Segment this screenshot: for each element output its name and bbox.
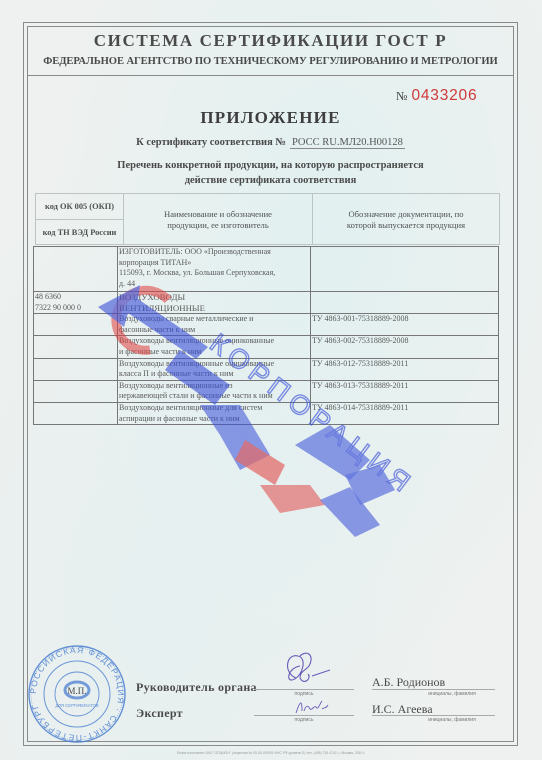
header-code-okp: код ОК 005 (ОКП) (36, 194, 124, 220)
code-cell (34, 314, 118, 336)
form-number: №0433206 (396, 87, 477, 105)
product-name: Воздуховоды сварные металлические и (119, 314, 309, 325)
print-info: Бланк изготовлен ЗАО "ОПЦИОН" (лицензия … (0, 751, 542, 755)
product-name: фасонные части к ним (119, 325, 309, 336)
product-name-cell: Воздуховоды вентиляционные оцинкованныек… (118, 358, 311, 380)
table-row: Воздуховоды вентиляционные для системасп… (34, 402, 499, 424)
certificate-label: К сертификату соответствия № (136, 137, 286, 148)
agency-title: ФЕДЕРАЛЬНОЕ АГЕНТСТВО ПО ТЕХНИЧЕСКОМУ РЕ… (27, 56, 514, 67)
table-row: Воздуховоды вентиляционные изнержавеющей… (34, 380, 499, 402)
doc-cell: ТУ 4863-002-75318889-2008 (311, 336, 499, 358)
code-okp: 48 6360 (35, 292, 116, 303)
manufacturer-line: ИЗГОТОВИТЕЛЬ: ООО «Производственная (119, 247, 309, 258)
header-documentation: Обозначение документации, по которой вып… (313, 194, 499, 245)
product-name: Воздуховоды вентиляционные из (119, 381, 309, 392)
code-tnved: 7322 90 000 0 (35, 303, 116, 314)
product-name: Воздуховоды вентиляционные оцинкованные (119, 359, 309, 370)
header-product-name: Наименование и обозначение продукции, ее… (124, 194, 313, 245)
product-name-cell: Воздуховоды вентиляционные изнержавеющей… (118, 380, 311, 402)
expert-name-line (372, 715, 495, 716)
product-name-cell: Воздуховоды вентиляционные оцинкованныеи… (118, 336, 311, 358)
head-label: Руководитель органа (136, 680, 257, 695)
code-cell (34, 402, 118, 424)
certificate-reference: К сертификату соответствия №РОСС RU.МЛ20… (27, 137, 514, 148)
product-name: Воздуховоды вентиляционные для систем (119, 403, 309, 414)
manufacturer-cell: ИЗГОТОВИТЕЛЬ: ООО «Производственная корп… (118, 247, 311, 292)
manufacturer-doc-cell (311, 247, 499, 292)
form-number-value: 0433206 (411, 87, 477, 104)
list-title: Перечень конкретной продукции, на котору… (27, 158, 514, 188)
expert-label: Эксперт (136, 706, 183, 721)
manufacturer-address: д. 44 (119, 279, 309, 290)
product-group-row: 48 6360 7322 90 000 0 ВОЗДУХОВОДЫ ВЕНТИЛ… (34, 292, 499, 314)
product-name: класса П и фасонные части к ним (119, 369, 309, 380)
group-name-cell: ВОЗДУХОВОДЫ ВЕНТИЛЯЦИОННЫЕ (118, 292, 311, 314)
head-signature-line (254, 689, 354, 690)
doc-cell: ТУ 4863-014-75318889-2011 (311, 402, 499, 424)
head-name: А.Б. Родионов (372, 675, 445, 690)
table-row: Воздуховоды сварные металлические ифасон… (34, 314, 499, 336)
system-title: СИСТЕМА СЕРТИФИКАЦИИ ГОСТ Р (27, 31, 514, 51)
table-row: Воздуховоды вентиляционные оцинкованныеи… (34, 336, 499, 358)
product-name: и фасонные части к ним (119, 347, 309, 358)
manufacturer-address: 115093, г. Москва, ул. Большая Серпуховс… (119, 268, 309, 279)
code-cell (34, 380, 118, 402)
group-name: ВЕНТИЛЯЦИОННЫЕ (119, 303, 309, 314)
table-header: код ОК 005 (ОКП) код ТН ВЭД России Наиме… (35, 193, 500, 245)
expert-signature-caption: подпись (254, 717, 354, 723)
manufacturer-line: корпорация ТИТАН» (119, 258, 309, 269)
header-divider (27, 75, 514, 76)
doc-cell: ТУ 4863-012-75318889-2011 (311, 358, 499, 380)
expert-name-caption: инициалы, фамилия (372, 717, 532, 723)
product-name-cell: Воздуховоды сварные металлические ифасон… (118, 314, 311, 336)
head-name-line (372, 689, 495, 690)
list-title-line2: действие сертификата соответствия (27, 173, 514, 188)
table-row: Воздуховоды вентиляционные оцинкованныек… (34, 358, 499, 380)
manufacturer-code-cell (34, 247, 118, 292)
list-title-line1: Перечень конкретной продукции, на котору… (27, 158, 514, 173)
head-name-caption: инициалы, фамилия (372, 691, 532, 697)
number-sign: № (396, 89, 407, 103)
code-cell (34, 336, 118, 358)
group-name: ВОЗДУХОВОДЫ (119, 292, 309, 303)
manufacturer-row: ИЗГОТОВИТЕЛЬ: ООО «Производственная корп… (34, 247, 499, 292)
product-name: аспирации и фасонные части к ним (119, 414, 309, 425)
group-codes-cell: 48 6360 7322 90 000 0 (34, 292, 118, 314)
appendix-title: ПРИЛОЖЕНИЕ (27, 108, 514, 128)
certificate-number: РОСС RU.МЛ20.Н00128 (290, 137, 405, 149)
code-cell (34, 358, 118, 380)
expert-signature-line (254, 715, 354, 716)
products-table: ИЗГОТОВИТЕЛЬ: ООО «Производственная корп… (33, 246, 499, 425)
product-name: нержавеющей стали и фасонные части к ним (119, 391, 309, 402)
header-code-tnved: код ТН ВЭД России (36, 220, 124, 245)
group-doc-cell (311, 292, 499, 314)
doc-cell: ТУ 4863-013-75318889-2011 (311, 380, 499, 402)
product-name: Воздуховоды вентиляционные оцинкованные (119, 336, 309, 347)
product-name-cell: Воздуховоды вентиляционные для системасп… (118, 402, 311, 424)
head-signature-caption: подпись (254, 691, 354, 697)
doc-cell: ТУ 4863-001-75318889-2008 (311, 314, 499, 336)
